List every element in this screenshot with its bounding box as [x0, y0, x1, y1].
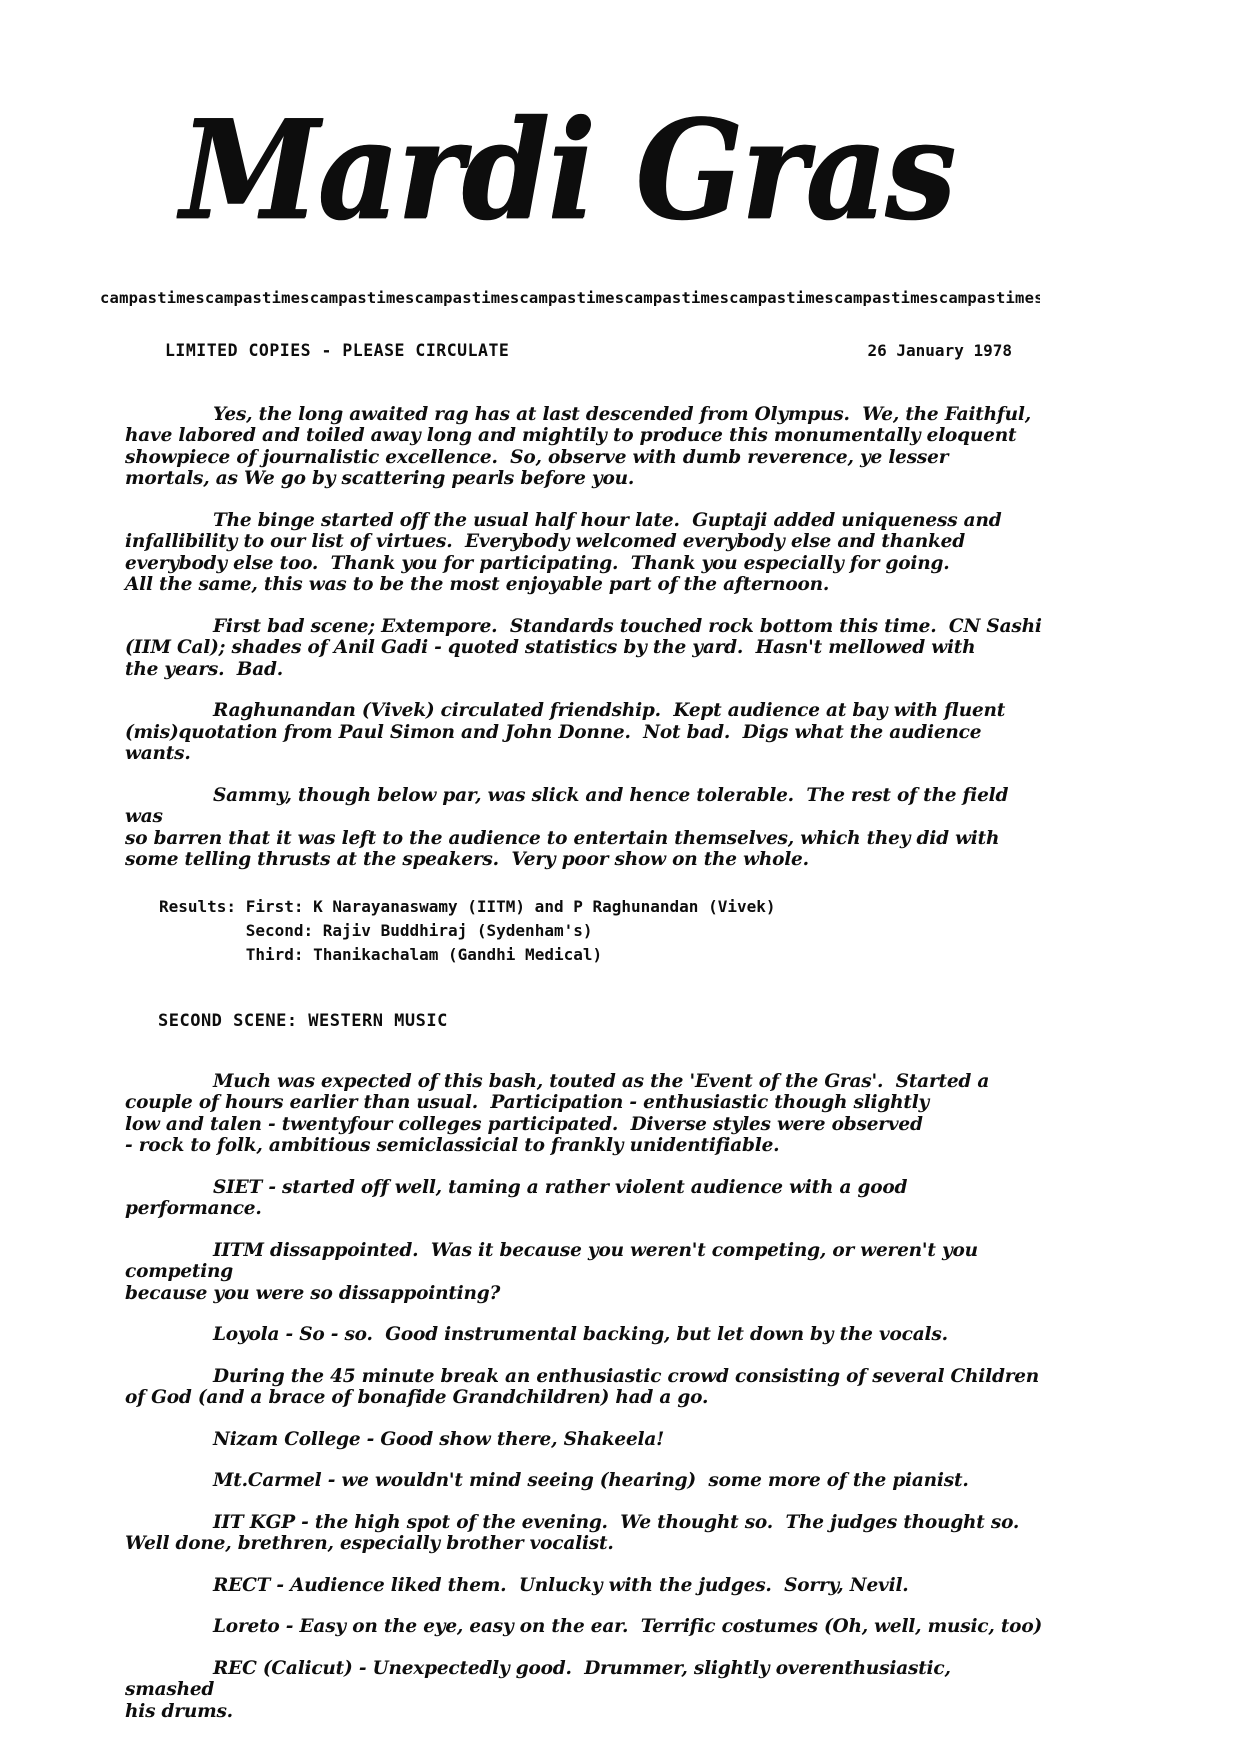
music-review-paragraph: IITM dissappointed. Was it because you w…	[125, 1240, 1043, 1305]
results-block: Results: First: K Narayanaswamy (IITM) a…	[159, 895, 1043, 967]
section-heading: SECOND SCENE: WESTERN MUSIC	[158, 1011, 1043, 1031]
music-review-paragraph: IIT KGP - the high spot of the evening. …	[125, 1512, 1043, 1555]
music-review-paragraph: Loyola - So - so. Good instrumental back…	[125, 1324, 1043, 1346]
music-review-paragraph: Nizam College - Good show there, Shakeel…	[125, 1429, 1043, 1451]
extempore-review-paragraph: Sammy, though below par, was slick and h…	[125, 785, 1043, 871]
circulation-notice: LIMITED COPIES - PLEASE CIRCULATE	[165, 341, 509, 360]
intro-paragraph: The binge started off the usual half hou…	[125, 510, 1043, 596]
newsletter-page: Mardi Gras campastimescampastimescampast…	[0, 0, 1240, 1755]
music-review-paragraph: Loreto - Easy on the eye, easy on the ea…	[125, 1616, 1043, 1638]
extempore-review-paragraph: Raghunandan (Vivek) circulated friendshi…	[125, 700, 1043, 765]
music-review-paragraph: REC (Calicut) - Unexpectedly good. Drumm…	[125, 1658, 1043, 1723]
masthead-tape-line: campastimescampastimescampastimescampast…	[100, 289, 1040, 307]
header-row: LIMITED COPIES - PLEASE CIRCULATE 26 Jan…	[0, 341, 1240, 360]
newsletter-body: Yes, the long awaited rag has at last de…	[125, 404, 1043, 1723]
masthead-logo: Mardi Gras	[180, 92, 1240, 248]
music-review-paragraph: During the 45 minute break an enthusiast…	[125, 1366, 1043, 1409]
extempore-review-paragraph: First bad scene; Extempore. Standards to…	[125, 616, 1043, 681]
issue-date: 26 January 1978	[868, 341, 1013, 360]
music-review-paragraph: Mt.Carmel - we wouldn't mind seeing (hea…	[125, 1470, 1043, 1492]
music-review-paragraph: SIET - started off well, taming a rather…	[125, 1177, 1043, 1220]
music-review-paragraph: RECT - Audience liked them. Unlucky with…	[125, 1575, 1043, 1597]
music-review-paragraph: Much was expected of this bash, touted a…	[125, 1071, 1043, 1157]
intro-paragraph: Yes, the long awaited rag has at last de…	[125, 404, 1043, 490]
